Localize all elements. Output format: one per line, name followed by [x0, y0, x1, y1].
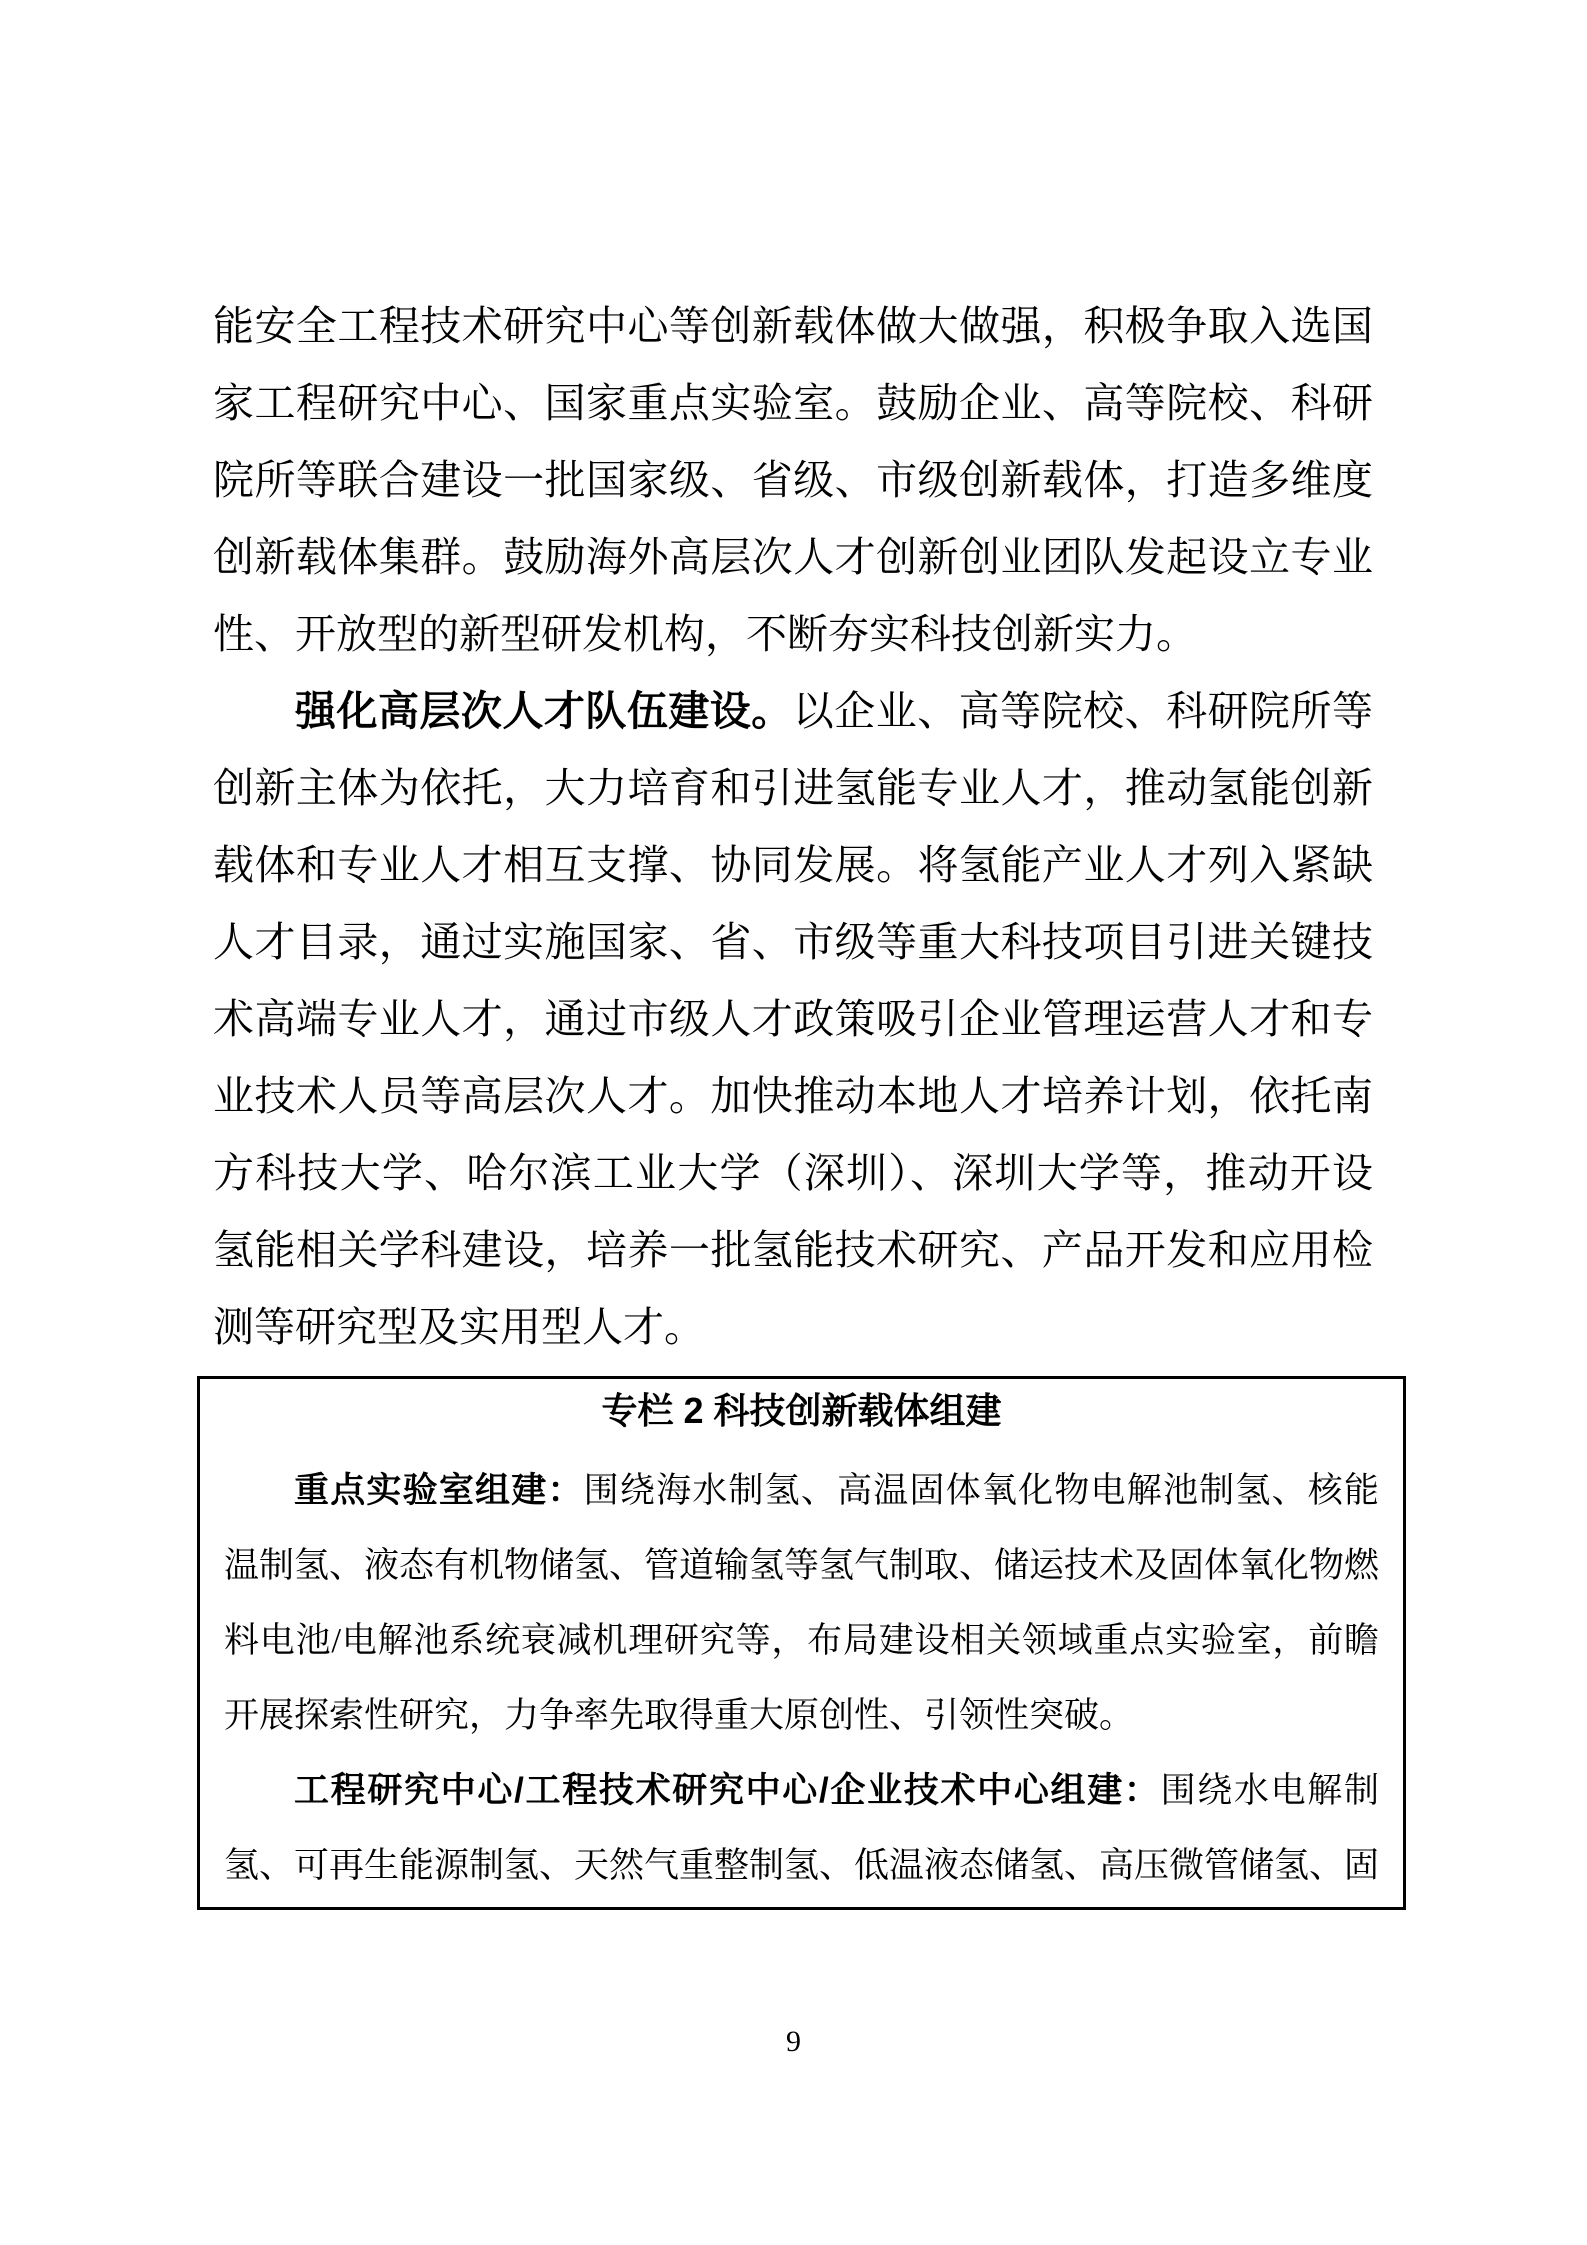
text-line: 人才目录，通过实施国家、省、市级等重大科技项目引进关键技	[213, 904, 1373, 981]
text-run: 院所等联合建设一批国家级、省级、市级创新载体，打造多维度	[213, 457, 1373, 503]
page-number: 9	[0, 2022, 1587, 2062]
feature-box: 专栏 2 科技创新载体组建 重点实验室组建：围绕海水制氢、高温固体氧化物电解池制…	[197, 1376, 1406, 1910]
text-run: 人才目录，通过实施国家、省、市级等重大科技项目引进关键技	[213, 919, 1373, 965]
text-run: 创新主体为依托，大力培育和引进氢能专业人才，推动氢能创新	[213, 765, 1373, 811]
text-run: 料电池/电解池系统衰减机理研究等，布局建设相关领域重点实验室，前瞻	[224, 1621, 1379, 1660]
text-line: 氢、可再生能源制氢、天然气重整制氢、低温液态储氢、高压微管储氢、固	[224, 1828, 1379, 1903]
body-text: 能安全工程技术研究中心等创新载体做大做强，积极争取入选国家工程研究中心、国家重点…	[213, 288, 1373, 1366]
bold-lead-in: 重点实验室组建：	[294, 1471, 584, 1510]
text-run: 围绕水电解制	[1161, 1771, 1379, 1810]
text-line: 院所等联合建设一批国家级、省级、市级创新载体，打造多维度	[213, 442, 1373, 519]
text-line: 术高端专业人才，通过市级人才政策吸引企业管理运营人才和专	[213, 981, 1373, 1058]
text-run: 创新载体集群。鼓励海外高层次人才创新创业团队发起设立专业	[213, 534, 1373, 580]
text-line: 强化高层次人才队伍建设。以企业、高等院校、科研院所等	[213, 673, 1373, 750]
text-run: 测等研究型及实用型人才。	[213, 1304, 705, 1350]
text-line: 创新载体集群。鼓励海外高层次人才创新创业团队发起设立专业	[213, 519, 1373, 596]
text-run: 开展探索性研究，力争率先取得重大原创性、引领性突破。	[224, 1696, 1134, 1735]
text-line: 方科技大学、哈尔滨工业大学（深圳）、深圳大学等，推动开设	[213, 1135, 1373, 1212]
text-line: 家工程研究中心、国家重点实验室。鼓励企业、高等院校、科研	[213, 365, 1373, 442]
text-line: 料电池/电解池系统衰减机理研究等，布局建设相关领域重点实验室，前瞻	[224, 1603, 1379, 1678]
bold-lead-in: 工程研究中心/工程技术研究中心/企业技术中心组建：	[294, 1771, 1161, 1810]
bold-lead-in: 强化高层次人才队伍建设。	[295, 688, 793, 734]
text-line: 工程研究中心/工程技术研究中心/企业技术中心组建：围绕水电解制	[224, 1753, 1379, 1828]
feature-box-title: 专栏 2 科技创新载体组建	[224, 1387, 1379, 1435]
text-line: 载体和专业人才相互支撑、协同发展。将氢能产业人才列入紧缺	[213, 827, 1373, 904]
text-run: 温制氢、液态有机物储氢、管道输氢等氢气制取、储运技术及固体氧化物燃	[224, 1546, 1379, 1585]
text-run: 氢、可再生能源制氢、天然气重整制氢、低温液态储氢、高压微管储氢、固	[224, 1846, 1379, 1885]
text-line: 性、开放型的新型研发机构，不断夯实科技创新实力。	[213, 596, 1373, 673]
text-run: 氢能相关学科建设，培养一批氢能技术研究、产品开发和应用检	[213, 1227, 1373, 1273]
document-page: 能安全工程技术研究中心等创新载体做大做强，积极争取入选国家工程研究中心、国家重点…	[0, 0, 1587, 2245]
text-run: 家工程研究中心、国家重点实验室。鼓励企业、高等院校、科研	[213, 380, 1373, 426]
text-line: 能安全工程技术研究中心等创新载体做大做强，积极争取入选国	[213, 288, 1373, 365]
paragraph: 工程研究中心/工程技术研究中心/企业技术中心组建：围绕水电解制氢、可再生能源制氢…	[224, 1753, 1379, 1903]
text-line: 温制氢、液态有机物储氢、管道输氢等氢气制取、储运技术及固体氧化物燃	[224, 1528, 1379, 1603]
text-run: 以企业、高等院校、科研院所等	[793, 688, 1373, 734]
text-run: 能安全工程技术研究中心等创新载体做大做强，积极争取入选国	[213, 303, 1373, 349]
text-line: 创新主体为依托，大力培育和引进氢能专业人才，推动氢能创新	[213, 750, 1373, 827]
paragraph: 强化高层次人才队伍建设。以企业、高等院校、科研院所等创新主体为依托，大力培育和引…	[213, 673, 1373, 1366]
text-line: 重点实验室组建：围绕海水制氢、高温固体氧化物电解池制氢、核能高	[224, 1453, 1379, 1528]
text-line: 开展探索性研究，力争率先取得重大原创性、引领性突破。	[224, 1678, 1379, 1753]
text-run: 方科技大学、哈尔滨工业大学（深圳）、深圳大学等，推动开设	[213, 1150, 1373, 1196]
paragraph: 重点实验室组建：围绕海水制氢、高温固体氧化物电解池制氢、核能高温制氢、液态有机物…	[224, 1453, 1379, 1753]
text-line: 业技术人员等高层次人才。加快推动本地人才培养计划，依托南	[213, 1058, 1373, 1135]
text-line: 测等研究型及实用型人才。	[213, 1289, 1373, 1366]
text-line: 氢能相关学科建设，培养一批氢能技术研究、产品开发和应用检	[213, 1212, 1373, 1289]
text-run: 性、开放型的新型研发机构，不断夯实科技创新实力。	[213, 611, 1197, 657]
text-run: 业技术人员等高层次人才。加快推动本地人才培养计划，依托南	[213, 1073, 1373, 1119]
feature-box-text: 重点实验室组建：围绕海水制氢、高温固体氧化物电解池制氢、核能高温制氢、液态有机物…	[224, 1453, 1379, 1903]
text-run: 载体和专业人才相互支撑、协同发展。将氢能产业人才列入紧缺	[213, 842, 1373, 888]
text-run: 术高端专业人才，通过市级人才政策吸引企业管理运营人才和专	[213, 996, 1373, 1042]
paragraph: 能安全工程技术研究中心等创新载体做大做强，积极争取入选国家工程研究中心、国家重点…	[213, 288, 1373, 673]
